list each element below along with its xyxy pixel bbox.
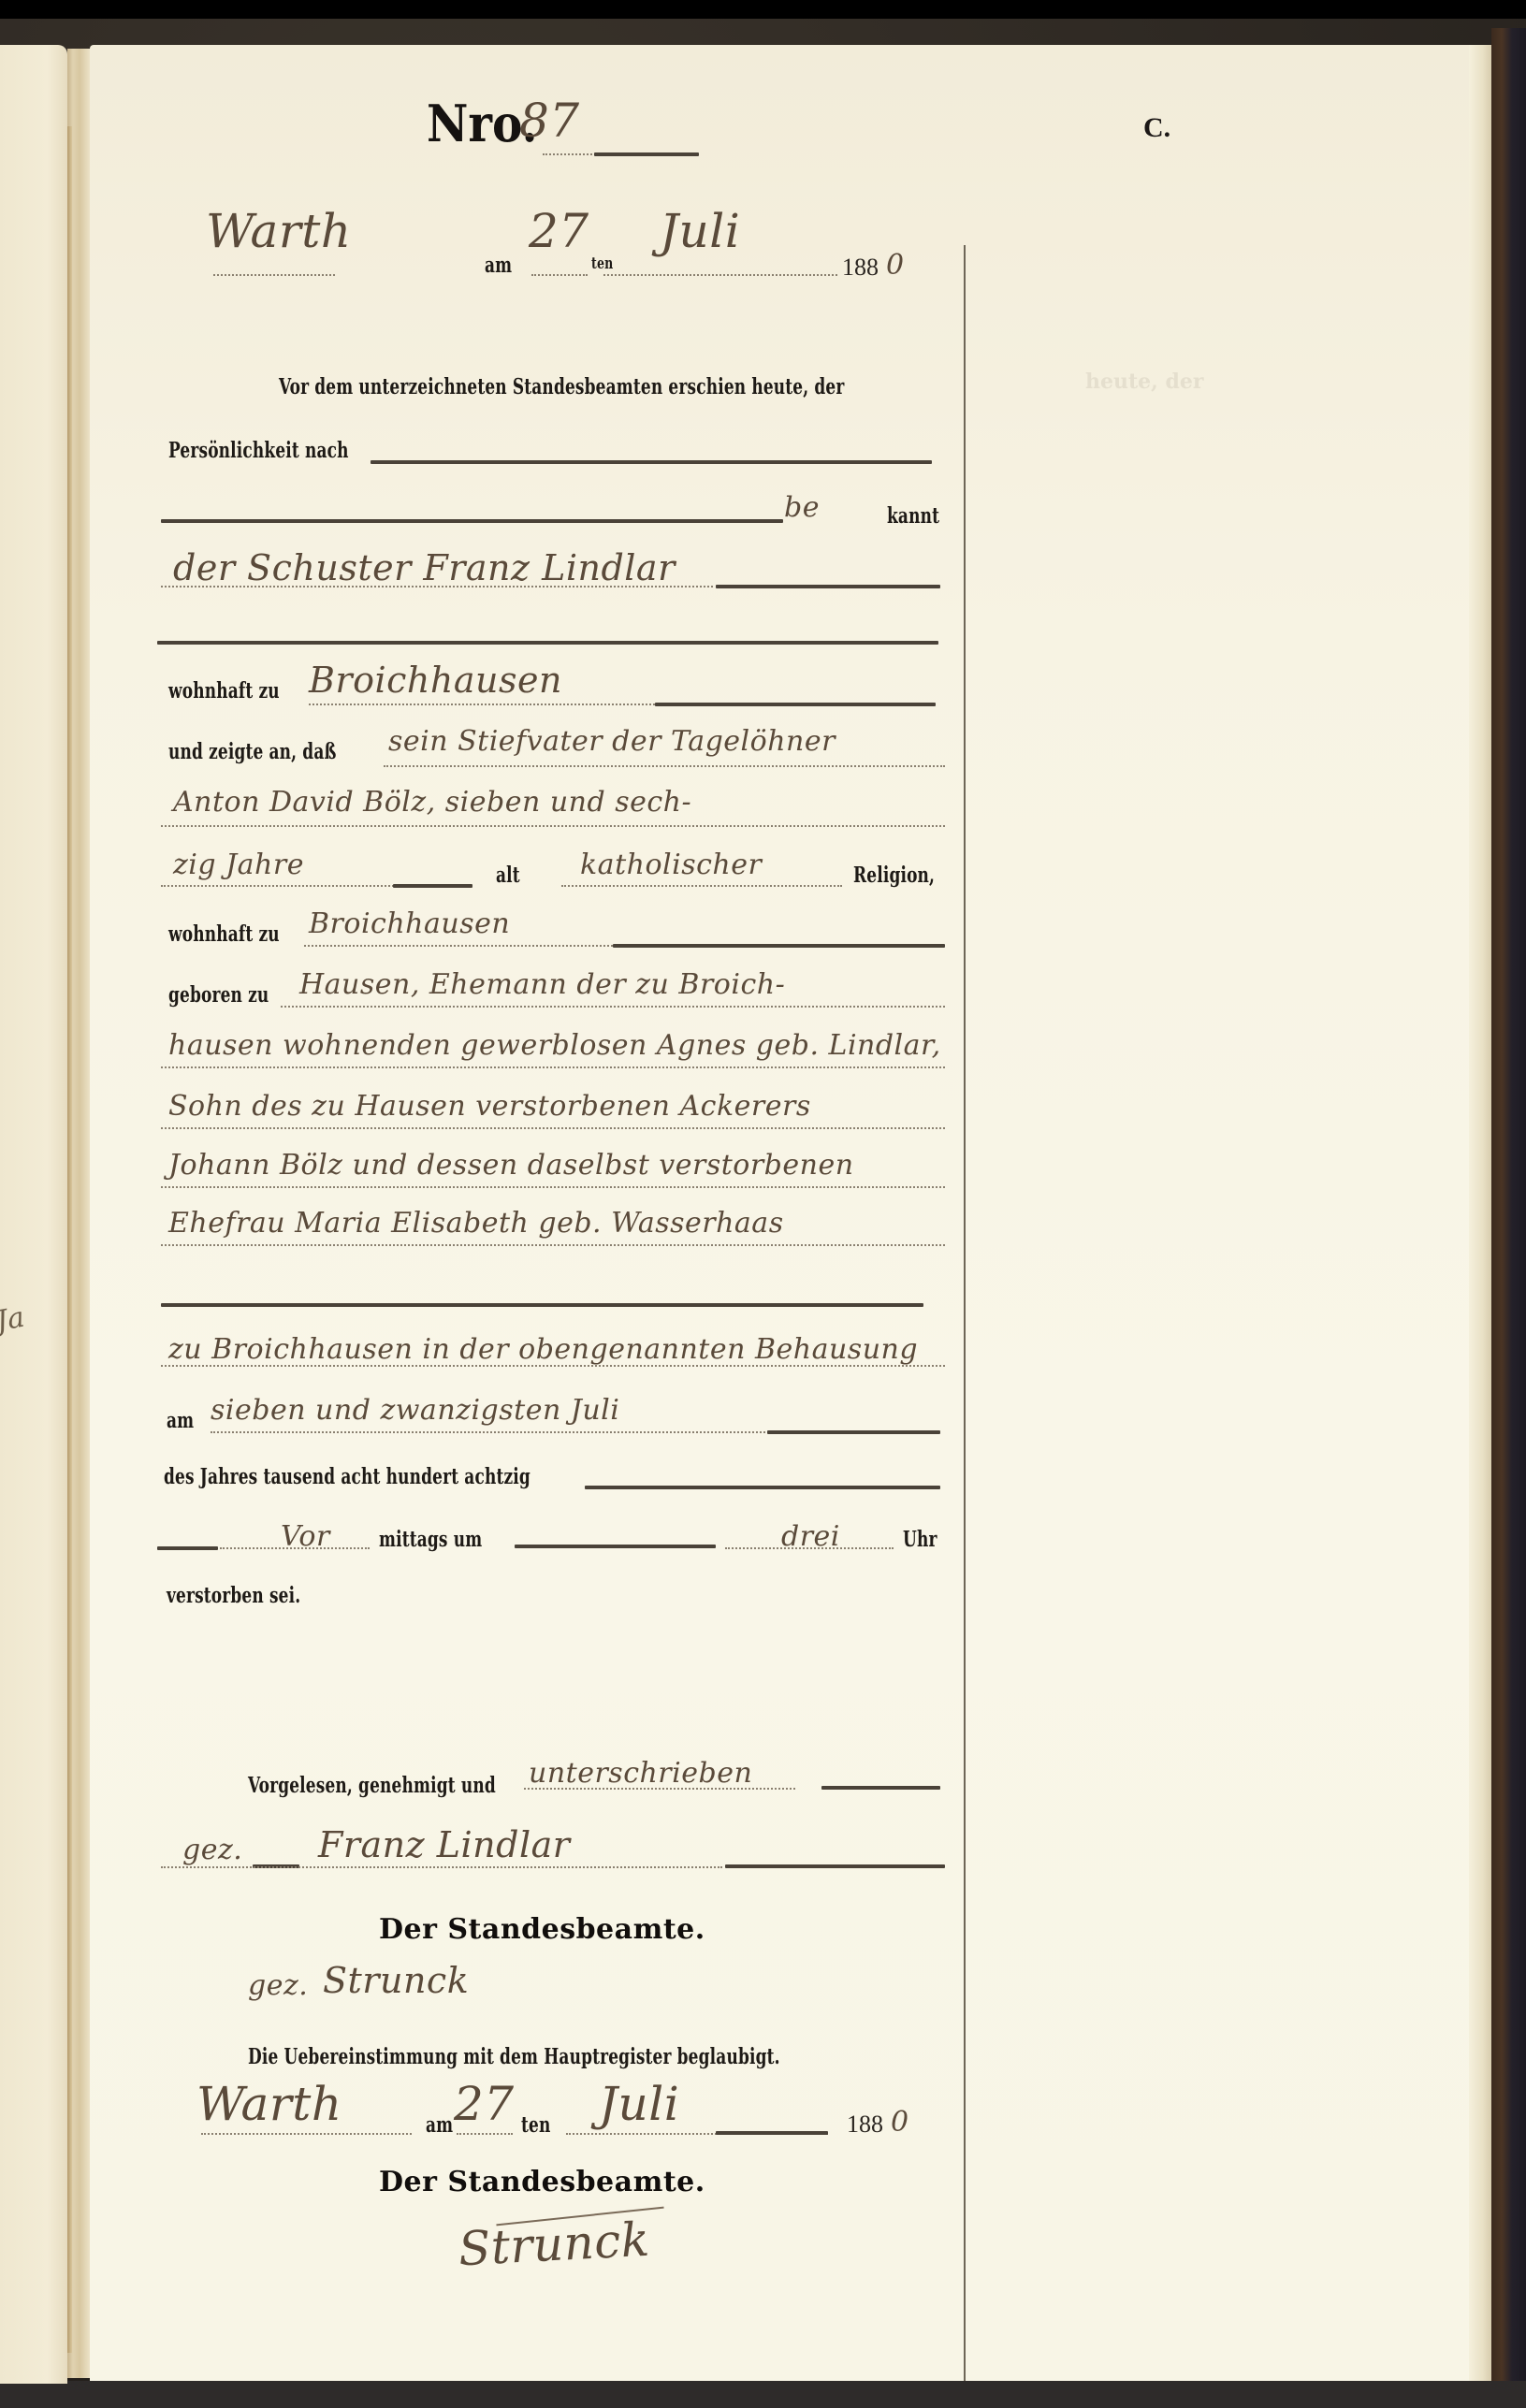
- vorgelesen-dotted-line: [524, 1788, 795, 1790]
- column-divider-rule: [964, 245, 966, 2381]
- informant-dotted-line: [161, 586, 713, 587]
- official-title-2: Der Standesbeamte.: [379, 2166, 705, 2198]
- geboren-dotted-line-2: [161, 1066, 945, 1068]
- persoenlichkeit-label: Persönlichkeit nach: [168, 438, 349, 463]
- bekannt-handwritten: be: [784, 491, 820, 524]
- wohnhaft-value-1: Broichhausen: [309, 660, 562, 701]
- wohnhaft-1-dotted-line: [309, 704, 655, 705]
- jahres-rule: [585, 1486, 940, 1489]
- book-cover-right-edge: [1491, 28, 1526, 2408]
- binding-torn-edge: [67, 126, 72, 2353]
- cert-day: 27: [454, 2077, 515, 2131]
- cert-am-label: am: [426, 2112, 453, 2138]
- signature-informant-rule: [725, 1864, 945, 1868]
- page-fore-edge: [1469, 45, 1491, 2381]
- header-year-handwritten: 0: [886, 249, 905, 282]
- geboren-label: geboren zu: [168, 982, 269, 1008]
- signature-official-prefix: gez.: [248, 1969, 308, 2002]
- religion-value: katholischer: [580, 849, 762, 881]
- header-day-dotted-line: [531, 274, 588, 276]
- religion-label: Religion,: [853, 863, 935, 888]
- bleed-through-text: heute, der: [1085, 370, 1203, 394]
- certification-text: Die Uebereinstimmung mit dem Hauptregist…: [248, 2044, 780, 2069]
- header-place: Warth: [206, 204, 352, 258]
- separator-rule: [161, 1303, 923, 1307]
- vorgelesen-value: unterschrieben: [529, 1757, 752, 1790]
- geboren-dotted-line-1: [281, 1006, 945, 1008]
- register-number-rule: [594, 152, 699, 156]
- jahres-label: des Jahres tausend acht hundert achtzig: [164, 1464, 530, 1489]
- wohnhaft-label-2: wohnhaft zu: [168, 921, 280, 947]
- header-day: 27: [529, 204, 589, 258]
- geboren-line-2: hausen wohnenden gewerblosen Agnes geb. …: [168, 1029, 941, 1062]
- cert-month-rule: [716, 2131, 828, 2135]
- wohnhaft-2-dotted-line: [304, 945, 613, 947]
- book-cover-bottom-edge: [0, 2381, 1526, 2408]
- death-am-label: am: [167, 1408, 194, 1433]
- cert-day-dotted-line: [457, 2133, 513, 2135]
- hour-dotted-line: [725, 1547, 894, 1549]
- cert-ten-label: ten: [521, 2112, 550, 2138]
- header-month-dotted-line: [603, 274, 837, 276]
- death-place-dotted-line: [161, 1365, 945, 1367]
- blank-rule: [157, 641, 938, 645]
- zeigte-value-line1: sein Stiefvater der Tagelöhner: [388, 725, 836, 758]
- geboren-line-4: Johann Bölz und dessen daselbst verstorb…: [168, 1149, 854, 1182]
- header-ten-label: ten: [591, 254, 613, 273]
- bekannt-printed: kannt: [887, 503, 939, 529]
- geboren-dotted-line-5: [161, 1244, 945, 1246]
- signature-informant: Franz Lindlar: [318, 1824, 570, 1865]
- vorgelesen-rule: [821, 1786, 940, 1790]
- cert-place: Warth: [196, 2077, 342, 2131]
- header-year-printed: 188: [842, 254, 879, 282]
- cert-year-printed: 188: [847, 2111, 883, 2139]
- geboren-line-1: Hausen, Ehemann der zu Broich-: [299, 968, 785, 1001]
- signature-official: Strunck: [323, 1960, 469, 2001]
- uhr-label: Uhr: [903, 1527, 937, 1552]
- geboren-dotted-line-4: [161, 1186, 945, 1188]
- corner-letter: C.: [1143, 112, 1170, 144]
- cert-place-dotted-line: [201, 2133, 412, 2135]
- header-place-dotted-line: [213, 274, 335, 276]
- cert-year-handwritten: 0: [891, 2106, 909, 2139]
- age-dotted-line: [161, 885, 404, 887]
- signature-informant-prefix: gez.: [182, 1834, 242, 1866]
- death-date-words: sieben und zwanzigsten Juli: [211, 1394, 619, 1427]
- wohnhaft-2-rule: [613, 944, 945, 948]
- header-month: Juli: [660, 204, 740, 258]
- window-title-bar: /Abt_Rheinland/PA_3103/~117/11733/R_PA_3…: [0, 0, 1526, 19]
- official-title-1: Der Standesbeamte.: [379, 1913, 705, 1946]
- informant-rule: [716, 585, 940, 588]
- persoenlichkeit-rule: [371, 460, 932, 464]
- cert-month: Juli: [599, 2077, 679, 2131]
- signature-informant-dotted-line: [161, 1866, 722, 1868]
- mittags-rule: [515, 1545, 716, 1548]
- bekannt-rule: [161, 519, 783, 523]
- zeigte-dotted-line-2: [161, 825, 945, 827]
- wohnhaft-value-2: Broichhausen: [309, 907, 510, 940]
- wohnhaft-label-1: wohnhaft zu: [168, 678, 280, 704]
- mittags-label: mittags um: [379, 1527, 482, 1552]
- death-place: zu Broichhausen in der obengenannten Beh…: [168, 1333, 918, 1366]
- religion-dotted-line: [561, 885, 842, 887]
- zeigte-dotted-line-1: [384, 765, 945, 767]
- geboren-line-5: Ehefrau Maria Elisabeth geb. Wasserhaas: [168, 1207, 784, 1240]
- vor-rule: [157, 1546, 218, 1550]
- wohnhaft-1-rule: [655, 703, 936, 706]
- geboren-line-3: Sohn des zu Hausen verstorbenen Ackerers: [168, 1090, 811, 1123]
- alt-label: alt: [496, 863, 520, 888]
- verstorben-label: verstorben sei.: [167, 1583, 300, 1608]
- intro-line: Vor dem unterzeichneten Standesbeamten e…: [279, 374, 844, 399]
- zeigte-label: und zeigte an, daß: [168, 739, 337, 764]
- register-number-dotted-line: [543, 153, 599, 155]
- death-date-dotted-line: [211, 1431, 772, 1433]
- geboren-dotted-line-3: [161, 1127, 945, 1129]
- age-value: zig Jahre: [173, 849, 304, 881]
- zeigte-value-line2: Anton David Bölz, sieben und sech-: [173, 786, 691, 819]
- vorgelesen-label: Vorgelesen, genehmigt und: [248, 1773, 496, 1798]
- vor-dotted-line: [220, 1547, 370, 1549]
- register-number-value: 87: [519, 94, 580, 148]
- age-rule: [393, 884, 472, 888]
- header-am-label: am: [485, 253, 512, 278]
- left-page-leaf: Ja: [0, 45, 67, 2384]
- left-leaf-handwritten-fragment: Ja: [0, 1301, 27, 1339]
- informant-name: der Schuster Franz Lindlar: [173, 547, 676, 588]
- death-date-rule: [767, 1430, 940, 1434]
- final-signature: Strunck: [458, 2212, 651, 2277]
